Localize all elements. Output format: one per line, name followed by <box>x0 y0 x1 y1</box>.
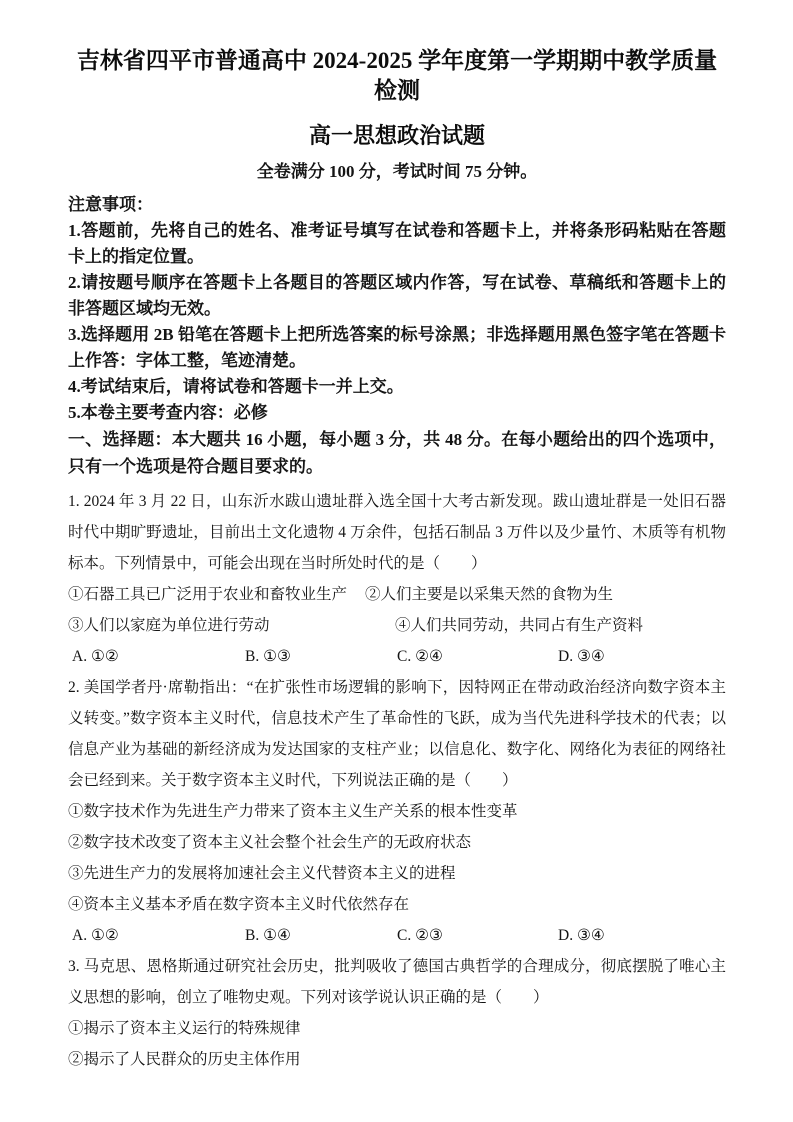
exam-title: 吉林省四平市普通高中 2024-2025 学年度第一学期期中教学质量检测 <box>68 46 726 106</box>
question-1-choice-a: A. ①② <box>72 641 245 672</box>
question-3: 3. 马克思、恩格斯通过研究社会历史，批判吸收了德国古典哲学的合理成分，彻底摆脱… <box>68 951 726 1075</box>
question-3-stem: 3. 马克思、恩格斯通过研究社会历史，批判吸收了德国古典哲学的合理成分，彻底摆脱… <box>68 951 726 1013</box>
question-1-option-3: ③人们以家庭为单位进行劳动 <box>68 610 365 641</box>
question-2-option-1: ①数字技术作为先进生产力带来了资本主义生产关系的根本性变革 <box>68 796 726 827</box>
question-2-choices: A. ①② B. ①④ C. ②③ D. ③④ <box>68 920 726 951</box>
question-1-options-row-1: ①石器工具已广泛用于农业和畜牧业生产 ②人们主要是以采集天然的食物为生 <box>68 579 726 610</box>
question-2-choice-d: D. ③④ <box>558 920 726 951</box>
question-1-choice-b: B. ①③ <box>245 641 397 672</box>
question-1: 1. 2024 年 3 月 22 日，山东沂水跋山遗址群入选全国十大考古新发现。… <box>68 486 726 672</box>
question-1-choice-c: C. ②④ <box>397 641 558 672</box>
notice-item-5: 5.本卷主要考查内容：必修 <box>68 400 726 426</box>
notice-item-1: 1.答题前，先将自己的姓名、准考证号填写在试卷和答题卡上，并将条形码粘贴在答题卡… <box>68 218 726 270</box>
question-2-choice-c: C. ②③ <box>397 920 558 951</box>
exam-score-time-info: 全卷满分 100 分，考试时间 75 分钟。 <box>68 162 726 182</box>
question-2-choice-b: B. ①④ <box>245 920 397 951</box>
question-2-choice-a: A. ①② <box>72 920 245 951</box>
question-2-option-3: ③先进生产力的发展将加速社会主义代替资本主义的进程 <box>68 858 726 889</box>
question-2-option-4: ④资本主义基本矛盾在数字资本主义时代依然存在 <box>68 889 726 920</box>
question-1-stem: 1. 2024 年 3 月 22 日，山东沂水跋山遗址群入选全国十大考古新发现。… <box>68 486 726 579</box>
question-2: 2. 美国学者丹·席勒指出：“在扩张性市场逻辑的影响下，因特网正在带动政治经济向… <box>68 672 726 951</box>
exam-paper-page: 吉林省四平市普通高中 2024-2025 学年度第一学期期中教学质量检测 高一思… <box>0 0 793 1122</box>
question-1-choices: A. ①② B. ①③ C. ②④ D. ③④ <box>68 641 726 672</box>
notice-item-4: 4.考试结束后，请将试卷和答题卡一并上交。 <box>68 374 726 400</box>
question-2-stem: 2. 美国学者丹·席勒指出：“在扩张性市场逻辑的影响下，因特网正在带动政治经济向… <box>68 672 726 796</box>
question-1-choice-d: D. ③④ <box>558 641 726 672</box>
section-heading-choice-questions: 一、选择题：本大题共 16 小题，每小题 3 分，共 48 分。在每小题给出的四… <box>68 426 726 480</box>
question-1-options-row-2: ③人们以家庭为单位进行劳动 ④人们共同劳动，共同占有生产资料 <box>68 610 726 641</box>
question-1-option-2: ②人们主要是以采集天然的食物为生 <box>365 579 726 610</box>
exam-subject-title: 高一思想政治试题 <box>68 122 726 150</box>
question-1-option-4: ④人们共同劳动，共同占有生产资料 <box>365 610 726 641</box>
notice-item-3: 3.选择题用 2B 铅笔在答题卡上把所选答案的标号涂黑；非选择题用黑色签字笔在答… <box>68 322 726 374</box>
notice-heading: 注意事项： <box>68 192 726 218</box>
question-2-option-2: ②数字技术改变了资本主义社会整个社会生产的无政府状态 <box>68 827 726 858</box>
question-3-option-2: ②揭示了人民群众的历史主体作用 <box>68 1044 726 1075</box>
question-3-option-1: ①揭示了资本主义运行的特殊规律 <box>68 1013 726 1044</box>
question-1-option-1: ①石器工具已广泛用于农业和畜牧业生产 <box>68 579 365 610</box>
notice-item-2: 2.请按题号顺序在答题卡上各题目的答题区域内作答，写在试卷、草稿纸和答题卡上的非… <box>68 270 726 322</box>
